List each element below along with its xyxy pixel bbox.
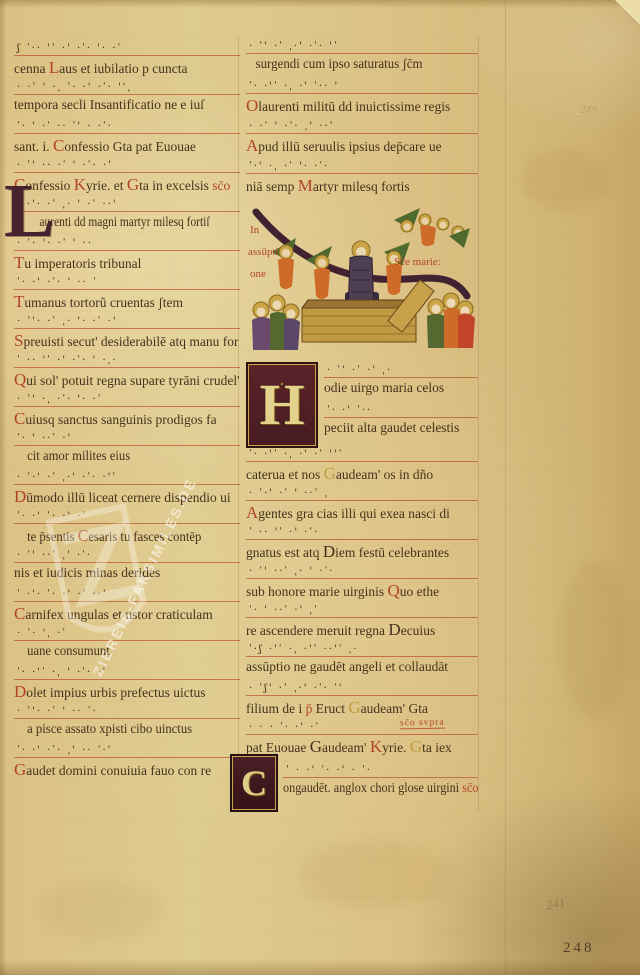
- chant-line: ˈ · ·' ˈ· ·' · ˈ·ongaudēt. anglox chori …: [283, 762, 478, 801]
- neume-staff-row: ˈ· ' ··ˈ ·' ˌˈ: [246, 602, 478, 618]
- neume-staff-row: ˈ· ·'ˈ ·ˌ ·' ˈ·· ': [246, 78, 478, 94]
- manuscript-page: ʃ ˈ·· 'ˈ ·' ·ˈ· '· ·ˈcenna Laus et iubil…: [0, 0, 640, 975]
- page-edge-bottom: [0, 959, 640, 975]
- text-segment: olet impius urbis prefectus uictus: [26, 685, 205, 700]
- illuminated-initial-c: C: [230, 754, 278, 812]
- text-segment: uane consumunt: [27, 643, 110, 658]
- chant-text: uane consumunt: [14, 641, 226, 666]
- initial-h-letter: H: [248, 364, 316, 446]
- initial-letter: C: [53, 136, 64, 155]
- parchment-stain: [520, 150, 610, 210]
- chant-text: re ascendere meruit regna Decuius: [246, 618, 478, 643]
- text-segment: arnifex ungulas et ustor craticulam: [25, 607, 212, 622]
- initial-letter: A: [246, 136, 258, 155]
- text-segment: pud illū seruulis ipsius dep̄care ue: [258, 139, 441, 154]
- initial-letter: K: [74, 175, 86, 194]
- text-segment: ta in excelsis: [139, 178, 212, 193]
- text-segment: pat Euouae: [246, 740, 310, 755]
- initial-letter: T: [14, 292, 24, 311]
- text-segment: audeam': [322, 740, 370, 755]
- neume-staff-row: · ˈ' ··ˈ ˌ' ·ˈ·: [14, 547, 240, 563]
- chant-text: gnatus est atq Diem festū celebrantes: [246, 540, 478, 565]
- chant-line: · ·ˈ ' ·ˌ ˈ· ·' ·ˈ· ''ˌtempora secli Ins…: [14, 79, 240, 118]
- text-segment: sant. i.: [14, 139, 53, 154]
- chant-line: · ˈ' ·ˈ ˌ·' ·ˈ· 'ˈsurgendi cum ipso satu…: [246, 38, 478, 78]
- page-edge-top: [0, 0, 640, 8]
- text-segment: cit amor milites eius: [27, 448, 130, 463]
- congaudent-text-line: ˈ · ·' ˈ· ·' · ˈ·ongaudēt. anglox chori …: [283, 754, 478, 812]
- chant-text: Carnifex ungulas et ustor craticulam: [14, 602, 240, 627]
- chant-text: Dolet impius urbis prefectus uictus: [14, 680, 240, 705]
- chant-text: a pisce assato xpisti cibo uinctus: [14, 719, 226, 744]
- initial-letter: O: [246, 96, 258, 115]
- chant-line: · ˈ' ·ˈ ·' ˌ·odie uirgo maria celos: [324, 362, 478, 402]
- text-segment: sc̄o: [212, 178, 230, 193]
- page-fold-line: [505, 0, 506, 975]
- congaudent-initial-row: C ˈ · ·' ˈ· ·' · ˈ·ongaudēt. anglox chor…: [230, 754, 478, 812]
- text-segment: Eruct: [312, 701, 348, 716]
- text-segment: niā semp: [246, 179, 298, 194]
- neume-staff-row: ˈ· ·' ·ˈ· ˌ' ·· ˈ·': [14, 742, 240, 758]
- initial-letter: M: [298, 176, 313, 195]
- page-edge-left: [0, 0, 7, 975]
- text-segment: tem: [163, 295, 183, 310]
- neume-staff-row: · ·ˈ ' ·ˈ· ˌ' ··ˈ: [246, 118, 478, 134]
- text-segment: sub honore marie uirginis: [246, 584, 387, 599]
- parchment-stain: [560, 560, 630, 720]
- initial-letter: G: [127, 175, 139, 194]
- neume-staff-row: ˈ· ·'ˈ ·ˌ ·' ·ˈ ''ˈ: [246, 446, 478, 462]
- text-segment: gentes gra cias illi qui exea nasci di: [258, 506, 450, 521]
- assumption-miniature: In assūpti one Sc̄e marie:: [244, 200, 478, 361]
- initial-letter: D: [14, 682, 26, 701]
- text-segment: peciit alta gaudet celestis: [324, 420, 459, 435]
- text-segment: odie uirgo maria celos: [324, 380, 444, 395]
- neume-staff-row: ˈ · ·' ˈ· ·' · ˈ·: [283, 762, 478, 778]
- chant-text: Spreuisti secut' desiderabilē atq manu f…: [14, 329, 240, 354]
- text-segment: sc̄o: [462, 780, 478, 795]
- text-segment: tempora secli Insantificatio ne e iuſ: [14, 97, 204, 112]
- neume-staff-row: · ·ˈ ' ·ˌ ˈ· ·' ·ˈ· ''ˌ: [14, 79, 240, 95]
- initial-letter: D: [323, 542, 335, 561]
- text-segment: artyr milesq fortis: [313, 179, 410, 194]
- text-segment: ūmodo illū liceat cernere dispendio ui: [26, 490, 230, 505]
- neume-staff-row: · ˈ'· ·ˈ ' ·· ˈ·: [14, 703, 240, 719]
- text-segment: ui sol' potuit regna supare tyrāni crude…: [26, 373, 239, 388]
- text-segment: iem festū celebrantes: [335, 545, 449, 560]
- chant-text: te p̄sentis Cesaris tu fasces contēp: [14, 524, 226, 549]
- neume-staff-row: · ˈ' ·ˈ ˌ·' ·ˈ· 'ˈ: [246, 38, 478, 54]
- neume-staff-row: ˈ· ·' ·ˈ· ' ·· ˈ: [14, 274, 240, 290]
- initial-letter: G: [348, 698, 360, 717]
- miniature-caption-sancte-marie: Sc̄e marie:: [394, 256, 441, 269]
- text-segment: laurenti militū dd inuictissime regis: [258, 99, 450, 114]
- text-segment: audeam' os in dño: [336, 467, 433, 482]
- chant-line: ˈ ·'· ˈ· ·' ·ˈ ··'Carnifex ungulas et us…: [14, 586, 240, 625]
- chant-line: · ˈ·' ·ˈ ˌ·' ·ˈ· ·'ˈDūmodo illū liceat c…: [14, 469, 240, 508]
- chant-line: ˈ· ·'ˈ ·ˌ ' ·ˈ· ·'Dolet impius urbis pre…: [14, 664, 240, 703]
- chant-text: Tu imperatoris tribunal: [14, 251, 240, 276]
- chant-text: cit amor milites eius: [14, 446, 226, 471]
- text-segment: aurenti dd magni martyr milesq fortiſ: [39, 214, 209, 229]
- text-segment: uiusq sanctus sanguinis prodigos fa: [25, 412, 216, 427]
- neume-staff-row: · ˈ' ·ˌ ·ˈ· '· ·ˈ: [14, 391, 240, 407]
- miniature-caption-assumptione: assūpti: [248, 246, 279, 259]
- margin-ruling-line: [478, 36, 479, 811]
- chant-line: · ˈ' ··ˈ ˌ· ' ·ˈ·sub honore marie uirgin…: [246, 563, 478, 602]
- miniature-caption-in: In: [250, 224, 259, 237]
- chant-text: tempora secli Insantificatio ne e iuſ: [14, 95, 240, 120]
- neume-staff-row: ˈ ·'· ˈ· ·' ·ˈ ··': [14, 586, 240, 602]
- parchment-stain: [300, 840, 450, 910]
- chant-line: ʃ ˈ·· 'ˈ ·' ·ˈ· '· ·ˈcenna Laus et iubil…: [14, 40, 240, 79]
- miniature-illustration: [244, 200, 478, 361]
- text-segment: umanus tortorũ cruentas: [24, 295, 158, 310]
- initial-letter: G: [14, 760, 26, 779]
- text-segment: filium de i: [246, 701, 306, 716]
- chant-text: Qui sol' potuit regna supare tyrāni crud…: [14, 368, 240, 393]
- neume-staff-row: · ˈ' ··ˈ ˌ· ' ·ˈ·: [246, 563, 478, 579]
- initial-letter: D: [14, 487, 26, 506]
- neume-staff-row: ˈ·' ·ˌ ·ˈ '· ·ˈ·: [246, 158, 478, 174]
- chant-text: sub honore marie uirginis Quo ethe: [246, 579, 478, 604]
- chant-line: ˈ·' ·ˌ ·ˈ '· ·ˈ·niā semp Martyr milesq f…: [246, 158, 478, 198]
- neume-staff-row: · ˈʃ' ·ˈ ˌ·' ·ˈ· ˈ': [246, 680, 478, 696]
- chant-line: · ˈ' ·ˌ ·ˈ· '· ·ˈCuiusq sanctus sanguini…: [14, 391, 240, 430]
- neume-staff-row: · ˈ· 'ˌ ·ˈ: [14, 625, 240, 641]
- pencil-folio-mark-bottom: 241: [545, 894, 567, 913]
- text-segment: audet domini conuiuia fauo con re: [26, 763, 211, 778]
- pencil-folio-mark-top: 249: [580, 104, 597, 116]
- text-segment: nis et iudicis minas derides: [14, 565, 160, 580]
- chant-text: surgendi cum ipso saturatus ʃc̄m: [246, 54, 468, 79]
- chant-text: niā semp Martyr milesq fortis: [246, 174, 478, 199]
- chant-text: ongaudēt. anglox chori glose uirgini sc̄…: [283, 778, 459, 803]
- text-segment: esaris tu fasces contēp: [88, 529, 201, 544]
- miniature-caption-one: one: [250, 268, 266, 281]
- chant-line: ˈ· ·' ˈ··peciit alta gaudet celestis: [324, 402, 478, 442]
- neume-staff-row: ˈ· ' ·ˈ ·· ˈ' · ·ˈ·: [14, 118, 240, 134]
- chant-line: ˈ· ' ··ˈ ·'cit amor milites eius: [14, 430, 240, 469]
- text-segment: caterua et nos: [246, 467, 324, 482]
- neume-staff-row: ˈ ·· 'ˈ ·' ·ˈ· ' ·ˌ·: [14, 352, 240, 368]
- neume-staff-row: · ˈ·' ·ˈ ' ··ˈ ˌ: [246, 485, 478, 501]
- text-segment: surgendi cum ipso saturatus: [256, 56, 403, 71]
- text-segment: aus et iubilatio p cuncta: [59, 61, 187, 76]
- initial-letter: D: [388, 620, 400, 639]
- neume-staff-row: · ˈ·' ·ˈ ˌ·' ·ˈ· ·'ˈ: [14, 469, 240, 485]
- chant-line: · ˈ· 'ˌ ·ˈuane consumunt: [14, 625, 240, 664]
- neume-staff-row: · ˈ' ·ˈ ·' ˌ·: [324, 362, 478, 378]
- initial-letter: C: [78, 526, 89, 545]
- chant-line: ˈ· ' ·ˈ ·· ˈ' · ·ˈ·sant. i. Confessio Gt…: [14, 118, 240, 157]
- left-text-column: ʃ ˈ·· 'ˈ ·' ·ˈ· '· ·ˈcenna Laus et iubil…: [14, 40, 240, 781]
- neume-staff-row: ʃ ˈ·· 'ˈ ·' ·ˈ· '· ·ˈ: [14, 40, 240, 56]
- hodie-initial-row: H · ˈ' ·ˈ ·' ˌ·odie uirgo maria celosˈ· …: [246, 362, 478, 448]
- text-segment: preuisti secut' desiderabilē atq manu fo…: [23, 334, 238, 349]
- chant-line: · ˈ·' ·ˈ ' ··ˈ ˌAgentes gra cias illi qu…: [246, 485, 478, 524]
- chant-text: Olaurenti militū dd inuictissime regis: [246, 94, 478, 119]
- chant-line: ˈ· ·' ˈ· ·' ·ˈte p̄sentis Cesaris tu fas…: [14, 508, 240, 547]
- chant-text: Dūmodo illū liceat cernere dispendio ui: [14, 485, 240, 510]
- text-segment: ta iex: [422, 740, 452, 755]
- apostle-group-right: [427, 293, 475, 348]
- initial-letter: A: [246, 503, 258, 522]
- chant-line: · ˈ'· ·ˈ ˌ· '· ·ˈ ·'Spreuisti secut' des…: [14, 313, 240, 352]
- chant-line: · ˈ'· ·ˈ ' ·· ˈ·a pisce assato xpisti ci…: [14, 703, 240, 742]
- text-segment: ongaudēt. anglox chori glose uirgini: [283, 780, 462, 795]
- angel-group: [394, 208, 470, 248]
- neume-staff-row: ˈ· ·' ˈ··: [324, 402, 478, 418]
- initial-c-letter: C: [232, 756, 276, 810]
- text-segment: audeam' Gta: [361, 701, 428, 716]
- chant-text: odie uirgo maria celos: [324, 378, 478, 403]
- chant-line: · ˈʃ' ·ˈ ˌ·' ·ˈ· ˈ'filium de i p̄ Eruct …: [246, 680, 478, 719]
- chant-line: ˈ·ʃ ·'ˈ ·ˌ ·'ˈ ··'ˈ ˌ·assūptio ne gaudēt…: [246, 641, 478, 680]
- chant-line: ˈ· ·' ·ˈ· ˌ' ·· ˈ·'Gaudet domini conuiui…: [14, 742, 240, 781]
- text-segment: yrie.: [382, 740, 410, 755]
- text-segment: te p̄sentis: [27, 529, 78, 544]
- chant-text: peciit alta gaudet celestis: [324, 418, 478, 443]
- chant-text: cenna Laus et iubilatio p cuncta: [14, 56, 240, 81]
- parchment-stain: [40, 880, 160, 940]
- initial-letter: T: [14, 253, 24, 272]
- chant-text: Tumanus tortorũ cruentas ʃtem: [14, 290, 240, 315]
- text-segment: ecuius: [401, 623, 436, 638]
- chant-text: assūptio ne gaudēt angeli et collaudāt: [246, 657, 478, 682]
- chant-text: nis et iudicis minas derides: [14, 563, 240, 588]
- chant-line: · ·ˈ ' ·ˈ· ˌ' ··ˈApud illū seruulis ipsi…: [246, 118, 478, 158]
- text-segment: uo ethe: [400, 584, 439, 599]
- folio-number-stamp: 248: [563, 940, 595, 957]
- text-segment: u imperatoris tribunal: [24, 256, 141, 271]
- chant-line: · ˈ' ··ˈ ˌ' ·ˈ·nis et iudicis minas deri…: [14, 547, 240, 586]
- neume-staff-row: ˈ· ·' ˈ· ·' ·ˈ: [14, 508, 240, 524]
- initial-letter: G: [324, 464, 336, 483]
- text-segment: a pisce assato xpisti cibo uinctus: [27, 721, 192, 736]
- illuminated-initial-h: H: [246, 362, 318, 448]
- chant-line: ˈ ·· 'ˈ ·' ·ˈ· ' ·ˌ·Qui sol' potuit regn…: [14, 352, 240, 391]
- text-segment: yrie. et: [86, 178, 127, 193]
- chant-line: ˈ· ' ··ˈ ·' ˌˈre ascendere meruit regna …: [246, 602, 478, 641]
- neume-staff-row: ˈ·ʃ ·'ˈ ·ˌ ·'ˈ ··'ˈ ˌ·: [246, 641, 478, 657]
- neume-staff-row: · ˈ'· ·ˈ ˌ· '· ·ˈ ·': [14, 313, 240, 329]
- initial-letter: L: [49, 58, 59, 77]
- chant-line: ˈ· ·'ˈ ·ˌ ·' ˈ·· 'Olaurenti militū dd in…: [246, 78, 478, 118]
- initial-letter: Q: [14, 370, 26, 389]
- rubric-supra: sc̄o svpra: [400, 718, 445, 730]
- right-text-column-mid: ˈ· ·'ˈ ·ˌ ·' ·ˈ ''ˈcaterua et nos Gaudea…: [246, 446, 478, 758]
- initial-letter: Q: [387, 581, 399, 600]
- chant-line: ˈ ·· 'ˈ ·' ·ˈ·gnatus est atq Diem festū …: [246, 524, 478, 563]
- chant-line: ˈ· ·'ˈ ·ˌ ·' ·ˈ ''ˈcaterua et nos Gaudea…: [246, 446, 478, 485]
- chant-text: Cuiusq sanctus sanguinis prodigos fa: [14, 407, 240, 432]
- chant-text: Gaudet domini conuiuia fauo con re: [14, 758, 240, 783]
- neume-staff-row: ˈ ·· 'ˈ ·' ·ˈ·: [246, 524, 478, 540]
- corner-fold: [614, 0, 640, 26]
- chant-text: Apud illū seruulis ipsius dep̄care ue: [246, 134, 478, 159]
- chant-text: sant. i. Confessio Gta pat Euouae: [14, 134, 240, 159]
- hodie-text-lines: · ˈ' ·ˈ ·' ˌ·odie uirgo maria celosˈ· ·'…: [324, 362, 478, 448]
- margin-initial-l: L: [4, 176, 55, 246]
- neume-staff-row: ˈ· ·'ˈ ·ˌ ' ·ˈ· ·': [14, 664, 240, 680]
- text-segment: assūptio ne gaudēt angeli et collaudāt: [246, 659, 448, 674]
- right-text-column-top: · ˈ' ·ˈ ˌ·' ·ˈ· 'ˈsurgendi cum ipso satu…: [246, 38, 478, 198]
- chant-text: Agentes gra cias illi qui exea nasci di: [246, 501, 478, 526]
- chant-text: caterua et nos Gaudeam' os in dño: [246, 462, 478, 487]
- initial-letter: C: [14, 604, 25, 623]
- text-segment: c̄m: [407, 56, 423, 71]
- text-segment: cenna: [14, 61, 49, 76]
- text-segment: re ascendere meruit regna: [246, 623, 388, 638]
- text-segment: onfessio Gta pat Euouae: [64, 139, 196, 154]
- initial-letter: C: [14, 409, 25, 428]
- neume-staff-row: ˈ· ' ··ˈ ·': [14, 430, 240, 446]
- text-segment: gnatus est atq: [246, 545, 323, 560]
- apostle-group-left: [252, 295, 300, 350]
- chant-line: ˈ· ·' ·ˈ· ' ·· ˈTumanus tortorũ cruentas…: [14, 274, 240, 313]
